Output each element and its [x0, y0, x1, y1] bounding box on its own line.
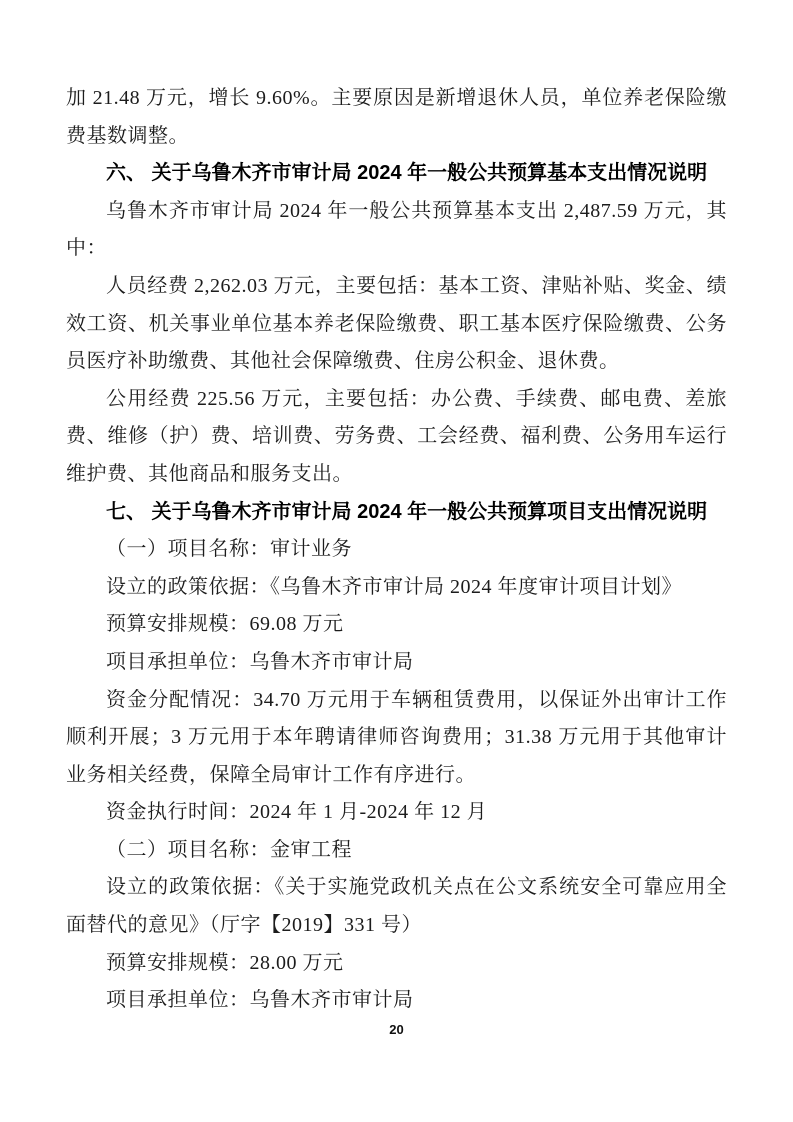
section-heading-6: 六、 关于乌鲁木齐市审计局 2024 年一般公共预算基本支出情况说明	[66, 155, 727, 193]
document-page: 加 21.48 万元，增长 9.60%。主要原因是新增退休人员，单位养老保险缴费…	[0, 0, 793, 1122]
document-body: 加 21.48 万元，增长 9.60%。主要原因是新增退休人员，单位养老保险缴费…	[66, 80, 727, 1020]
paragraph-basic-expenditure-total: 乌鲁木齐市审计局 2024 年一般公共预算基本支出 2,487.59 万元，其中…	[66, 193, 727, 268]
paragraph-project1-budget-scale: 预算安排规模：69.08 万元	[66, 606, 727, 644]
paragraph-project2-name: （二）项目名称：金审工程	[66, 832, 727, 870]
paragraph-project2-policy-basis: 设立的政策依据：《关于实施党政机关点在公文系统安全可靠应用全面替代的意见》（厅字…	[66, 869, 727, 944]
paragraph-project2-budget-scale: 预算安排规模：28.00 万元	[66, 945, 727, 983]
section-heading-7: 七、 关于乌鲁木齐市审计局 2024 年一般公共预算项目支出情况说明	[66, 494, 727, 532]
paragraph-project1-policy-basis: 设立的政策依据：《乌鲁木齐市审计局 2024 年度审计项目计划》	[66, 569, 727, 607]
paragraph-project1-execution-time: 资金执行时间：2024 年 1 月-2024 年 12 月	[66, 794, 727, 832]
paragraph-project1-fund-allocation: 资金分配情况：34.70 万元用于车辆租赁费用，以保证外出审计工作顺利开展；3 …	[66, 682, 727, 795]
paragraph-continuation: 加 21.48 万元，增长 9.60%。主要原因是新增退休人员，单位养老保险缴费…	[66, 80, 727, 155]
paragraph-project1-undertaking-unit: 项目承担单位：乌鲁木齐市审计局	[66, 644, 727, 682]
paragraph-project1-name: （一）项目名称：审计业务	[66, 531, 727, 569]
paragraph-personnel-funds: 人员经费 2,262.03 万元，主要包括：基本工资、津贴补贴、奖金、绩效工资、…	[66, 268, 727, 381]
paragraph-project2-undertaking-unit: 项目承担单位：乌鲁木齐市审计局	[66, 982, 727, 1020]
page-number: 20	[0, 1022, 793, 1037]
paragraph-public-funds: 公用经费 225.56 万元，主要包括：办公费、手续费、邮电费、差旅费、维修（护…	[66, 381, 727, 494]
